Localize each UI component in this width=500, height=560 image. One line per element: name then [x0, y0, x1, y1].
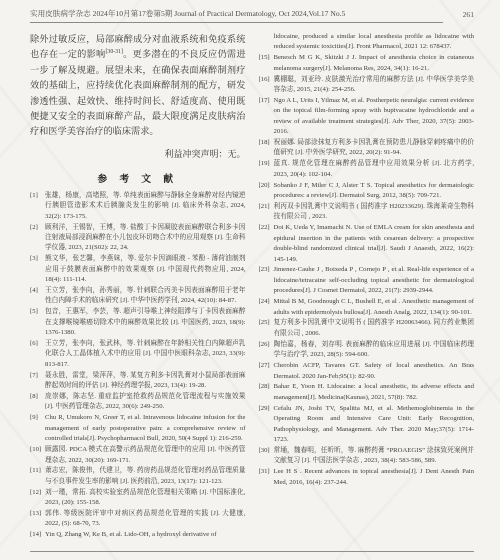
reference-text: 王立芳，张李向，孙秀丽，等. 针刺联合丙美卡因表面麻醉用于老年性白内障手术的临床…: [45, 286, 246, 307]
reference-item: [25] 复方利多卡因乳膏中文说明书 ( 国药准字 H20063466). 同方…: [259, 318, 475, 339]
reference-item: [23] Jimenez-Cauhe J , Boixeda P , Corne…: [259, 265, 475, 296]
reference-number: [27]: [259, 361, 274, 382]
left-column: 除外过敏反应，局部麻醉成分对血液系统和免疫系统也存在一定的影响[30-31]。更…: [30, 32, 246, 541]
reference-text: 利丙双卡因乳膏中文说明书 ( 国药准字 H20233629). 珠海莱奇生物科技…: [274, 202, 475, 223]
reference-text: 熊文华，张艺馨，李燕妹，等. 爱尔卡因滴眼液 - 苯酚 - 薄荷油制剂应用于鼓膜…: [45, 254, 246, 285]
journal-page: 实用皮肤病学杂志 2024年10月第17卷第5期 Journal of Prac…: [0, 0, 500, 560]
page-header: 实用皮肤病学杂志 2024年10月第17卷第5期 Journal of Prac…: [30, 9, 474, 23]
reference-text: Chu R, Umukoro N, Greer T, et al. Intrav…: [45, 413, 246, 444]
reference-text: 萧志宏，陈俊伟，代建卫，等. 药房药品规范化管理对药品管理质量与不良事件发生率的…: [45, 466, 246, 487]
reference-text: 刘一瑾，常拓. 高校实验室药品规范化管理相关策略 [J]. 中国标准化, 202…: [45, 488, 246, 509]
reference-number: [31]: [259, 467, 274, 488]
reference-text: 常埇，魏春明，任昕昕，等. 麻醉药膏 “PROAEGIS” 涂抹致死案例并文献复…: [274, 446, 475, 467]
reference-number: [24]: [259, 297, 274, 318]
reference-item: [24] Mittal B M, Goodnough C L, Bushell …: [259, 297, 475, 318]
reference-text: Sobanko J F, Miler C J, Alster T S. Topi…: [274, 181, 475, 202]
reference-item: [26] 陶怡嘉，杨春，刘存明. 表面麻醉的临床应用进展 [J]. 中国临床药理…: [259, 340, 475, 361]
reference-item: [17] Ngo A L, Urits I, Yilmaz M, et al. …: [259, 96, 475, 138]
reference-item: [2] 顾利洋，王锡智，王博，等. 盐酸丁卡因凝胶表面麻醉联合利多卡因注射液局部…: [30, 223, 246, 254]
reference-number: [23]: [259, 265, 274, 296]
reference-number: [11]: [30, 466, 45, 487]
reference-item: [1] 张雄，杨康，高堵照，等. 单纯表面麻醉与静脉全身麻醉对经内镜逆行胰胆管造…: [30, 191, 246, 222]
reference-number: [30]: [259, 446, 274, 467]
reference-text: 陶怡嘉，杨春，刘存明. 表面麻醉的临床应用进展 [J]. 中国临床药理学与治疗学…: [274, 340, 475, 361]
two-column-body: 除外过敏反应，局部麻醉成分对血液系统和免疫系统也存在一定的影响[30-31]。更…: [30, 32, 474, 541]
reference-text: 顾利洋，王锡智，王博，等. 盐酸丁卡因凝胶表面麻醉联合利多卡因注射液局部浸润麻醉…: [45, 223, 246, 254]
reference-text: Ngo A L, Urits I, Yilmaz M, et al. Posth…: [274, 96, 475, 138]
reference-item: [14] Yin Q, Zhang W, Ke B, et al. Lido-O…: [30, 530, 246, 540]
reference-text: 蓝真. 规范化管理在麻醉药品管理中应用效果分析 [J]. 北方药学, 2023,…: [274, 159, 475, 180]
reference-text: 王立芳，张李向，张武林，等. 针刺麻醉在年龄相关性白内障超声乳化联合人工晶体植入…: [45, 339, 246, 370]
reference-text: Benesch M G K, Skitzki J J. Impact of an…: [274, 53, 475, 74]
reference-text: 顾露园. PDCA 模式在高警示药品规范化管理中的应用 [J]. 中医药管理杂志…: [45, 445, 246, 466]
reference-number: [15]: [259, 53, 274, 74]
references-list-left: [1] 张雄，杨康，高堵照，等. 单纯表面麻醉与静脉全身麻醉对经内镜逆行胰胆管造…: [30, 191, 246, 541]
reference-item: [16] 冀棚聪，刘亚玲. 皮肤激光治疗常用的麻醉方法 [J]. 中华医学美学美…: [259, 75, 475, 96]
reference-item: [29] Cefalu JN, Joshi TV, Spalitta MJ, e…: [259, 404, 475, 446]
reference-item: [6] 王立芳，张李向，张武林，等. 针刺麻醉在年龄相关性白内障超声乳化联合人工…: [30, 339, 246, 370]
reference-item: [19] 蓝真. 规范化管理在麻醉药品管理中应用效果分析 [J]. 北方药学, …: [259, 159, 475, 180]
reference-item: [4] 王立芳，张李向，孙秀丽，等. 针刺联合丙美卡因表面麻醉用于老年性白内障手…: [30, 286, 246, 307]
reference-number: [20]: [259, 181, 274, 202]
reference-item: [9] Chu R, Umukoro N, Greer T, et al. In…: [30, 413, 246, 444]
reference-number: [1]: [30, 191, 45, 222]
reference-item: [8] 庞崇娜，陈志坚. 重症监护室抢救药品规范化管理流程与实施效果 [J]. …: [30, 392, 246, 413]
reference-text: Jimenez-Cauhe J , Boixeda P , Cornejo P …: [274, 265, 475, 296]
reference-text: Cefalu JN, Joshi TV, Spalitta MJ, et al.…: [274, 404, 475, 446]
reference-item: [21] 利丙双卡因乳膏中文说明书 ( 国药准字 H20233629). 珠海莱…: [259, 202, 475, 223]
reference-item: [3] 熊文华，张艺馨，李燕妹，等. 爱尔卡因滴眼液 - 苯酚 - 薄荷油制剂应…: [30, 254, 246, 285]
reference-item: lidocaine, produced a similar local anes…: [259, 32, 475, 53]
reference-number: [4]: [30, 286, 45, 307]
page-number: 261: [463, 10, 474, 23]
references-heading: 参 考 文 献: [30, 171, 246, 185]
reference-number: [259, 32, 274, 53]
reference-item: [11] 萧志宏，陈俊伟，代建卫，等. 药房药品规范化管理对药品管理质量与不良事…: [30, 466, 246, 487]
reference-text: 郭伟. 等级医院评审中对病区药品规范化管理的实践 [J]. 大健康, 2022,…: [45, 509, 246, 530]
reference-item: [18] 祝丽娜. 局部涂抹复方利多卡因乳膏在预防患儿静脉穿刺疼痛中的价值研究 …: [259, 138, 475, 159]
reference-number: [9]: [30, 413, 45, 444]
reference-item: [15] Benesch M G K, Skitzki J J. Impact …: [259, 53, 475, 74]
reference-number: [29]: [259, 404, 274, 446]
reference-text: Yin Q, Zhang W, Ke B, et al. Lido-OH, a …: [45, 530, 246, 540]
reference-text: Doi K, Ueda Y, Imamachi N. Use of EMLA c…: [274, 223, 475, 265]
journal-title-line: 实用皮肤病学杂志 2024年10月第17卷第5期 Journal of Prac…: [30, 9, 443, 23]
reference-item: [13] 郭伟. 等级医院评审中对病区药品规范化管理的实践 [J]. 大健康, …: [30, 509, 246, 530]
reference-text: 冀棚聪，刘亚玲. 皮肤激光治疗常用的麻醉方法 [J]. 中华医学美学美容杂志, …: [274, 75, 475, 96]
reference-number: [18]: [259, 138, 274, 159]
body-paragraph: 除外过敏反应，局部麻醉成分对血液系统和免疫系统也存在一定的影响[30-31]。更…: [30, 32, 246, 140]
reference-text: Mittal B M, Goodnough C L, Bushell E, et…: [274, 297, 475, 318]
reference-number: [5]: [30, 307, 45, 338]
reference-item: [5] 包音，王惠军，李芸，等. 超声引导喉上神经阻滞与丁卡因表面麻醉在支撑喉镜…: [30, 307, 246, 338]
reference-text: 祝丽娜. 局部涂抹复方利多卡因乳膏在预防患儿静脉穿刺疼痛中的价值研究 [J]. …: [274, 138, 475, 159]
right-column: lidocaine, produced a similar local anes…: [259, 32, 475, 541]
citation-superscript: [30-31]: [105, 49, 122, 55]
reference-number: [25]: [259, 318, 274, 339]
reference-number: [16]: [259, 75, 274, 96]
reference-item: [20] Sobanko J F, Miler C J, Alster T S.…: [259, 181, 475, 202]
reference-text: Cherobin ACFP, Tavares GT. Safety of loc…: [274, 361, 475, 382]
reference-item: [27] Cherobin ACFP, Tavares GT. Safety o…: [259, 361, 475, 382]
reference-item: [28] Bahar E, Yoon H. Lidocaine: a local…: [259, 382, 475, 403]
reference-number: [17]: [259, 96, 274, 138]
reference-item: [12] 刘一瑾，常拓. 高校实验室药品规范化管理相关策略 [J]. 中国标准化…: [30, 488, 246, 509]
reference-number: [12]: [30, 488, 45, 509]
conflict-of-interest-statement: 利益冲突声明：无。: [30, 148, 246, 161]
reference-number: [7]: [30, 371, 45, 392]
reference-text: 张雄，杨康，高堵照，等. 单纯表面麻醉与静脉全身麻醉对经内镜逆行胰胆管造影术术后…: [45, 191, 246, 222]
reference-text: 庞崇娜，陈志坚. 重症监护室抢救药品规范化管理流程与实施效果 [J]. 中医药管…: [45, 392, 246, 413]
reference-number: [14]: [30, 530, 45, 540]
reference-item: [22] Doi K, Ueda Y, Imamachi N. Use of E…: [259, 223, 475, 265]
reference-item: [31] Lee H S . Recent advances in topica…: [259, 467, 475, 488]
reference-text: 复方利多卡因乳膏中文说明书 ( 国药准字 H20063466). 同方药业集团有…: [274, 318, 475, 339]
reference-text: Bahar E, Yoon H. Lidocaine: a local anes…: [274, 382, 475, 403]
references-list-right: lidocaine, produced a similar local anes…: [259, 32, 475, 488]
reference-number: [8]: [30, 392, 45, 413]
reference-number: [28]: [259, 382, 274, 403]
reference-text: lidocaine, produced a similar local anes…: [274, 32, 475, 53]
reference-number: [3]: [30, 254, 45, 285]
reference-item: [10] 顾露园. PDCA 模式在高警示药品规范化管理中的应用 [J]. 中医…: [30, 445, 246, 466]
reference-text: 包音，王惠军，李芸，等. 超声引导喉上神经阻滞与丁卡因表面麻醉在支撑喉镜喉癌切除…: [45, 307, 246, 338]
reference-item: [30] 常埇，魏春明，任昕昕，等. 麻醉药膏 “PROAEGIS” 涂抹致死案…: [259, 446, 475, 467]
reference-text: Lee H S . Recent advances in topical ane…: [274, 467, 475, 488]
reference-number: [21]: [259, 202, 274, 223]
reference-text: 聂永胜，雷堂，梁萍萍，等. 某复方利多卡因乳膏对小鼠局部表面麻醉起效时间的评估 …: [45, 371, 246, 392]
reference-number: [22]: [259, 223, 274, 265]
reference-number: [2]: [30, 223, 45, 254]
reference-number: [6]: [30, 339, 45, 370]
reference-number: [19]: [259, 159, 274, 180]
reference-number: [13]: [30, 509, 45, 530]
bottom-rule: [30, 551, 474, 552]
reference-item: [7] 聂永胜，雷堂，梁萍萍，等. 某复方利多卡因乳膏对小鼠局部表面麻醉起效时间…: [30, 371, 246, 392]
reference-number: [10]: [30, 445, 45, 466]
body-paragraph-end: 。更多潜在的不良反应仍需进一步了解及规避。展望未来，在确保表面麻醉制剂疗效的基础…: [30, 49, 246, 136]
reference-number: [26]: [259, 340, 274, 361]
